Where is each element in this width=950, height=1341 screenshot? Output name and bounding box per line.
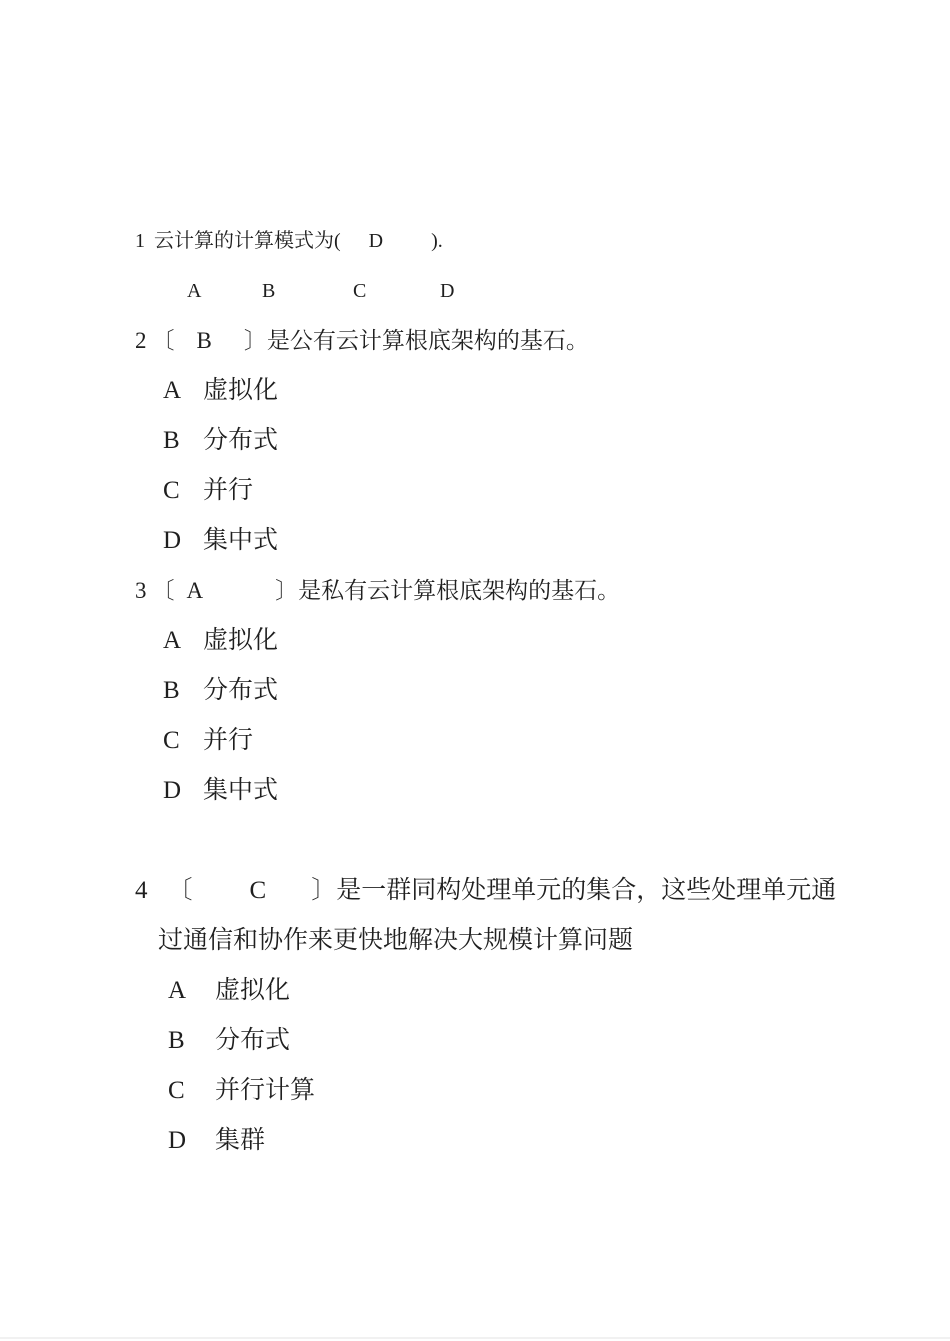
question-stem: 是私有云计算根底架构的基石。: [298, 578, 620, 603]
question-number: 4: [135, 877, 148, 904]
option-letter: B: [163, 666, 203, 716]
answer-blank: D: [369, 230, 383, 252]
question-3: 3〔A〕是私有云计算根底架构的基石。 A虚拟化 B分布式 C并行 D集中式: [0, 566, 950, 816]
option-c: C并行计算: [0, 1066, 950, 1116]
option-text: 虚拟化: [203, 377, 278, 404]
question-4-stem-line-1: 4〔C〕是一群同构处理单元的集合，这些处理单元通: [0, 866, 950, 916]
option-letter: B: [168, 1016, 215, 1066]
choice-letter-c: C: [353, 266, 440, 316]
option-d: D集中式: [0, 766, 950, 816]
option-a: A虚拟化: [0, 966, 950, 1016]
question-2-stem-line: 2〔B〕是公有云计算根底架构的基石。: [0, 316, 950, 366]
option-letter: A: [163, 366, 203, 416]
question-stem-continued: 过通信和协作来更快地解决大规模计算问题: [158, 927, 633, 954]
answer-bracket-close: 〕: [275, 578, 298, 603]
answer-blank: C: [250, 877, 267, 904]
answer-bracket-open: 〔: [152, 328, 175, 353]
answer-bracket-close: 〕: [311, 877, 336, 904]
option-letter: C: [163, 466, 203, 516]
option-letter: C: [163, 716, 203, 766]
document-page: 1云计算的计算模式为(D). ABCD 2〔B〕是公有云计算根底架构的基石。 A…: [0, 0, 950, 1341]
question-1-stem-line: 1云计算的计算模式为(D).: [0, 216, 950, 266]
option-letter: A: [163, 616, 203, 666]
option-text: 并行: [203, 477, 253, 504]
option-text: 集中式: [203, 777, 278, 804]
question-stem: 是一群同构处理单元的集合，这些处理单元通: [336, 877, 836, 904]
choice-letter-a: A: [187, 266, 262, 316]
question-stem-end: ).: [431, 230, 443, 252]
option-d: D集中式: [0, 516, 950, 566]
option-letter: B: [163, 416, 203, 466]
option-text: 分布式: [203, 677, 278, 704]
question-1-choice-letter-row: ABCD: [0, 266, 950, 316]
choice-letter-d: D: [440, 266, 454, 316]
option-letter: D: [163, 766, 203, 816]
option-text: 虚拟化: [215, 977, 290, 1004]
option-text: 集中式: [203, 527, 278, 554]
option-text: 分布式: [203, 427, 278, 454]
option-text: 并行计算: [215, 1077, 315, 1104]
option-b: B分布式: [0, 416, 950, 466]
question-4-stem-line-2: 过通信和协作来更快地解决大规模计算问题: [0, 916, 950, 966]
question-2: 2〔B〕是公有云计算根底架构的基石。 A虚拟化 B分布式 C并行 D集中式: [0, 316, 950, 566]
option-b: B分布式: [0, 1016, 950, 1066]
document-content: 1云计算的计算模式为(D). ABCD 2〔B〕是公有云计算根底架构的基石。 A…: [0, 0, 950, 1166]
option-text: 分布式: [215, 1027, 290, 1054]
answer-bracket-open: 〔: [168, 877, 193, 904]
choice-letter-b: B: [262, 266, 353, 316]
option-a: A虚拟化: [0, 366, 950, 416]
option-c: C并行: [0, 716, 950, 766]
question-number: 2: [135, 328, 147, 353]
page-bottom-edge: [0, 1337, 950, 1339]
option-d: D集群: [0, 1116, 950, 1166]
answer-blank: A: [187, 578, 204, 603]
option-text: 并行: [203, 727, 253, 754]
answer-bracket-close: 〕: [244, 328, 267, 353]
option-letter: C: [168, 1066, 215, 1116]
question-4: 4〔C〕是一群同构处理单元的集合，这些处理单元通 过通信和协作来更快地解决大规模…: [0, 866, 950, 1166]
option-letter: D: [168, 1116, 215, 1166]
question-3-stem-line: 3〔A〕是私有云计算根底架构的基石。: [0, 566, 950, 616]
option-b: B分布式: [0, 666, 950, 716]
option-a: A虚拟化: [0, 616, 950, 666]
question-1: 1云计算的计算模式为(D). ABCD: [0, 216, 950, 316]
answer-bracket-open: 〔: [152, 578, 175, 603]
option-letter: A: [168, 966, 215, 1016]
question-number: 3: [135, 578, 147, 603]
question-number: 1: [135, 230, 145, 252]
question-stem: 是公有云计算根底架构的基石。: [267, 328, 589, 353]
option-text: 虚拟化: [203, 627, 278, 654]
option-c: C并行: [0, 466, 950, 516]
option-text: 集群: [215, 1127, 265, 1154]
blank-line: [0, 816, 950, 866]
question-stem: 云计算的计算模式为(: [154, 230, 341, 252]
option-letter: D: [163, 516, 203, 566]
answer-blank: B: [197, 328, 212, 353]
